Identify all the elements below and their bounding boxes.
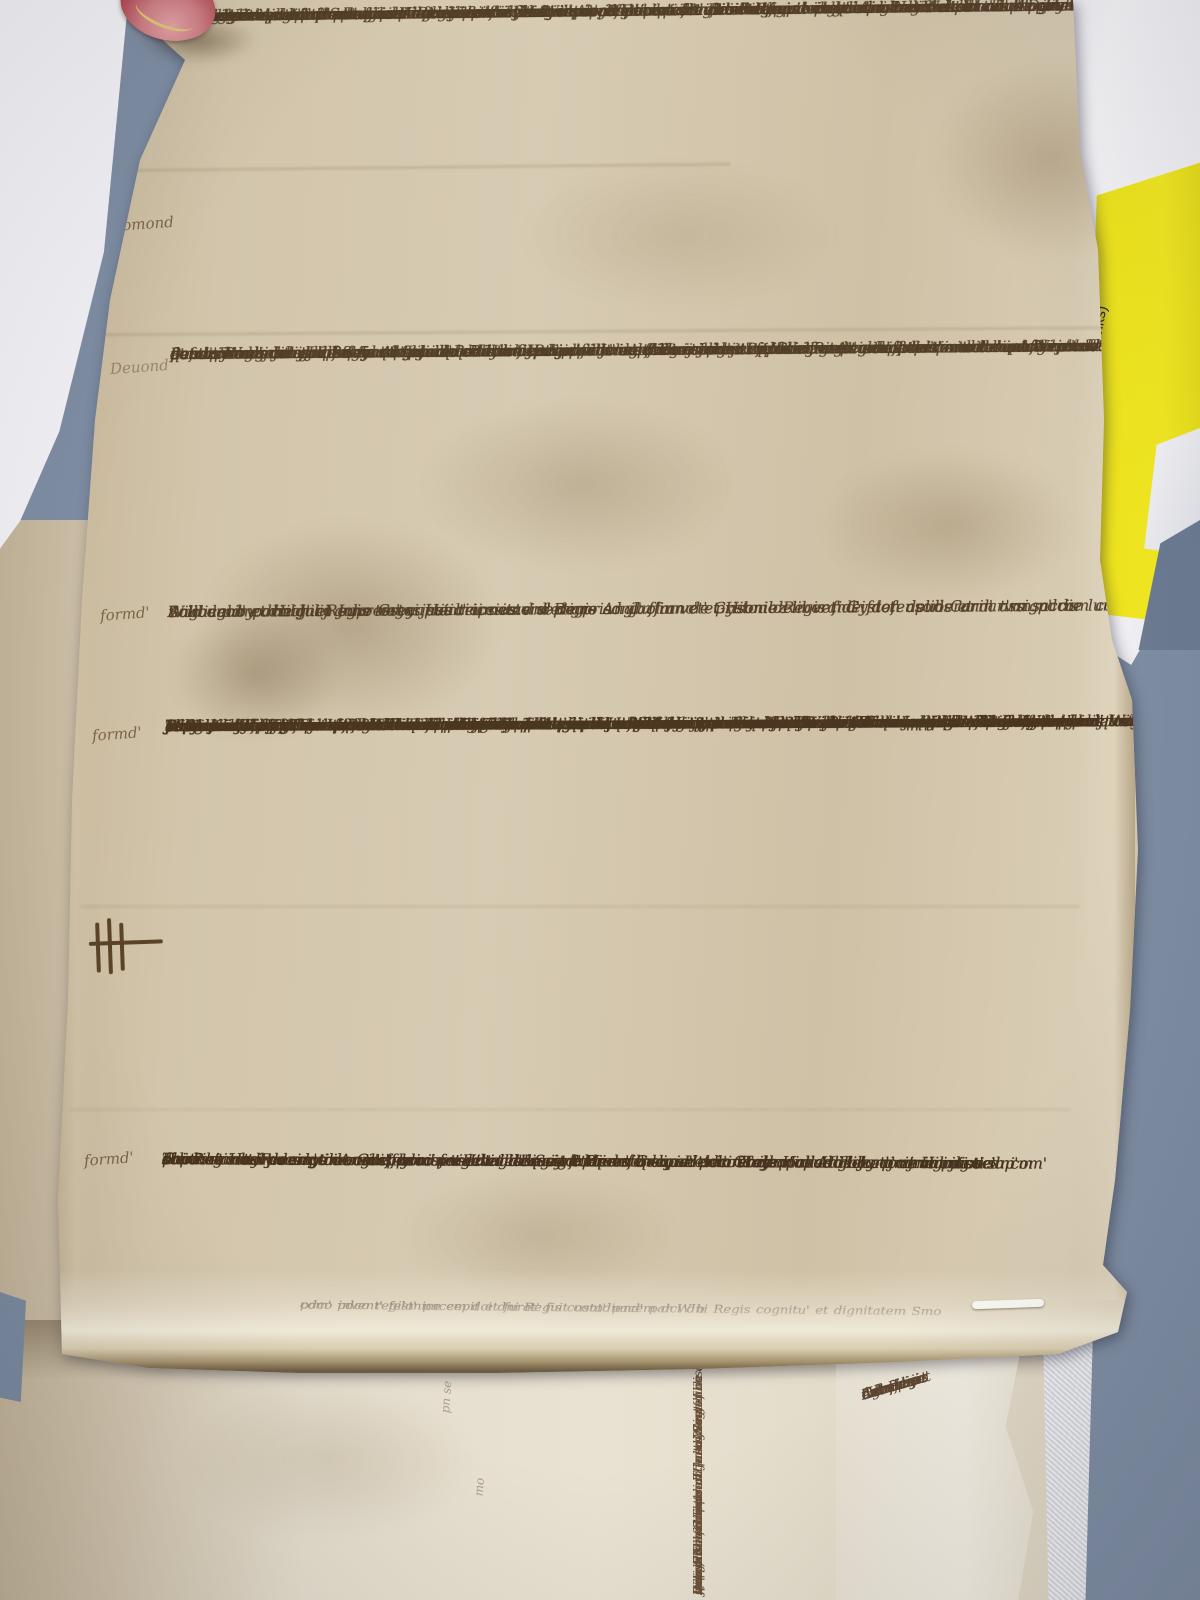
- main-membrane: Itm Wilcayd Moston anno pdco et ibm inve…: [0, 0, 1200, 1600]
- manuscript-line: solid' et octo denar' de armis bonis et …: [162, 1142, 1047, 1181]
- parchment-stain: [820, 450, 1080, 600]
- margin-note: formd': [83, 1148, 134, 1169]
- tally-crossbar: [89, 939, 163, 945]
- manuscript-line: Jenyn tunc petit beneficium clicale ubi …: [165, 708, 1002, 742]
- parchment-stain: [420, 400, 740, 570]
- fold-crease: [80, 905, 1080, 908]
- fold-crease: [70, 1108, 1070, 1111]
- membrane-rolled-edge: [40, 1270, 1140, 1374]
- parchment-stain: [930, 60, 1170, 260]
- margin-note: Somond: [111, 213, 174, 235]
- tally-stroke: [95, 923, 100, 973]
- manuscript-line: et sup hoc ijdem Johes Adam Johes Paddon…: [170, 331, 1160, 369]
- margin-note: formd': [99, 603, 150, 624]
- tally-stroke: [119, 923, 124, 971]
- tally-mark-iii: [91, 917, 139, 977]
- parchment-stain: [520, 160, 840, 310]
- manuscript-line: Anglicano et Hibnico suprem' captis tric…: [168, 595, 597, 627]
- margin-note: formd': [91, 723, 142, 744]
- main-membrane-wrap: Itm Wilcayd Moston anno pdco et ibm inve…: [0, 0, 1200, 1600]
- manuscript-line: custodiend' etc: [165, 711, 283, 741]
- tally-stroke: [107, 918, 112, 974]
- photo-stage: 95587 KB 9/563 Return by (07/08/2015 14:…: [0, 0, 1200, 1600]
- margin-note: Deuond: [109, 356, 169, 378]
